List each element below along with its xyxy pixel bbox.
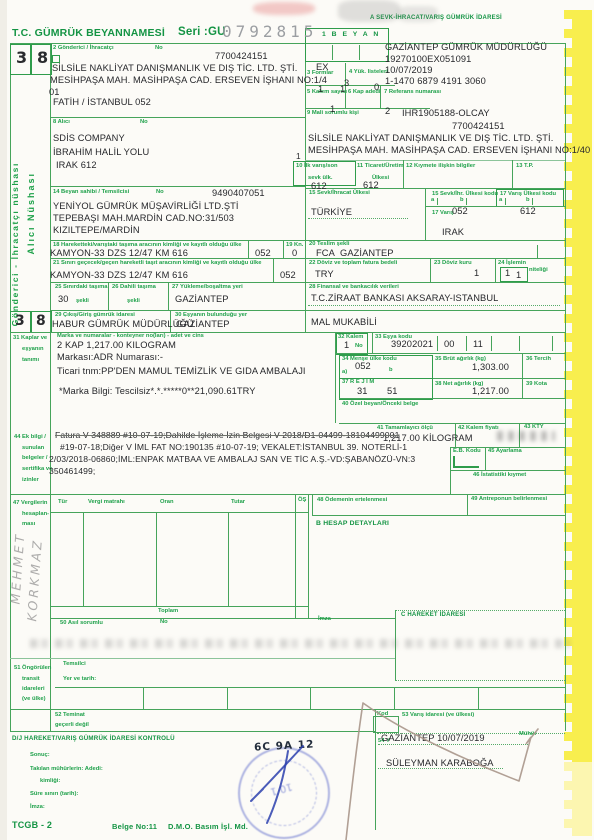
line bbox=[228, 512, 229, 606]
box34-a: a) bbox=[342, 369, 347, 376]
box42-label: 42 Kalem fiyatı bbox=[458, 425, 499, 432]
line bbox=[332, 45, 333, 60]
line bbox=[512, 160, 513, 188]
box50-imza-label: İmza bbox=[318, 616, 331, 623]
line bbox=[372, 333, 373, 353]
line bbox=[312, 494, 313, 515]
box40-label: 40 Özel beyan/Önceki belge bbox=[342, 401, 418, 408]
line bbox=[83, 512, 84, 606]
box21-label: 21 Sınırı geçecek/geçen hareketli taşıt … bbox=[53, 260, 261, 267]
box2-label: 2 Gönderici / İhracatçı bbox=[53, 45, 114, 52]
box54-place-date: GAZİANTEP 10/07/2019 bbox=[381, 733, 485, 744]
section-d-sure: Süre sınırı (tarih): bbox=[30, 791, 78, 798]
box10-value: 612 bbox=[311, 181, 327, 192]
copy-label-receiver: Alıcı Nüshası bbox=[26, 172, 36, 255]
box44-label2: sunulan bbox=[22, 445, 44, 452]
box8-label: 8 Alıcı bbox=[53, 119, 70, 126]
box26-label: 26 Dahili taşıma bbox=[112, 284, 156, 291]
line bbox=[108, 282, 109, 310]
footer-form-code: TCGB - 2 bbox=[12, 821, 52, 831]
red-ink-smudge bbox=[253, 2, 315, 15]
section-a-regno: 19270100EX051091 bbox=[385, 54, 471, 65]
box26-sub: şekli bbox=[127, 298, 140, 305]
box31-packages: 2 KAP 1,217.00 KILOGRAM bbox=[57, 340, 176, 351]
box32-label: 32 Kalem bbox=[338, 334, 363, 341]
line bbox=[50, 606, 308, 607]
round-customs-stamp: 10 1 bbox=[238, 747, 330, 839]
yellow-strip-lower-teeth bbox=[564, 762, 573, 836]
paper-left-edge bbox=[0, 0, 7, 840]
section-d-kimligi: kimliği: bbox=[40, 778, 60, 785]
line bbox=[335, 353, 565, 354]
line bbox=[519, 423, 520, 447]
box2-sender-city: FATİH / İSTANBUL 052 bbox=[53, 97, 151, 108]
box45-label: 45 Ayarlama bbox=[488, 448, 522, 455]
copy-label-sender: Gönderici - İhracatçı nüshası bbox=[10, 162, 20, 326]
section-d-title: D/J HAREKET/VARIŞ GÜMRÜK İDARESİ KONTROL… bbox=[12, 736, 175, 743]
section-a-date: 10/07/2019 bbox=[385, 65, 433, 76]
box20-value2: GAZİANTEP bbox=[340, 248, 394, 259]
box17ab-value: 612 bbox=[520, 206, 536, 217]
box9-v1: 1 bbox=[330, 104, 335, 115]
box46-label: 46 İstatistiki kıymet bbox=[473, 472, 526, 479]
line bbox=[308, 305, 560, 306]
box11-value: 612 bbox=[363, 180, 379, 191]
line bbox=[10, 43, 11, 731]
footer-printer: D.M.O. Basım İşl. Md. bbox=[168, 823, 248, 831]
box14-no-label: No bbox=[156, 189, 164, 196]
box3-value2: 1 bbox=[340, 84, 345, 95]
box2-checkbox bbox=[52, 55, 60, 63]
box17-label: 17 Varış bbox=[432, 210, 454, 217]
box2-sender-address: MESİHPAŞA MAH. MASİHPAŞA CAD. ERSEVEN İŞ… bbox=[50, 75, 327, 86]
line bbox=[295, 494, 296, 618]
box14-broker-address: TEPEBAŞI MAH.MARDİN CAD.NO:31/503 bbox=[53, 213, 234, 224]
box24-label2: niteliği bbox=[529, 267, 548, 274]
box34-b: b bbox=[389, 367, 393, 374]
box8-consignee-country: IRAK 612 bbox=[56, 160, 97, 171]
line bbox=[339, 398, 565, 399]
line bbox=[537, 245, 538, 258]
line bbox=[283, 240, 284, 258]
box1-value: EX bbox=[316, 62, 329, 73]
line bbox=[522, 353, 523, 398]
box32-value: 1 bbox=[344, 340, 349, 351]
line bbox=[10, 658, 395, 659]
box1-label: 1 B E Y A N bbox=[322, 31, 380, 38]
line bbox=[378, 744, 528, 745]
box25-sub: şekli bbox=[76, 298, 89, 305]
box15ab-b: b bbox=[460, 197, 464, 204]
box52-label: 52 Teminat bbox=[55, 712, 85, 719]
line bbox=[495, 258, 496, 282]
line bbox=[50, 512, 308, 513]
box47-label2: hesaplan- bbox=[22, 511, 49, 518]
page-title: T.C. GÜMRÜK BEYANNAMESİ bbox=[12, 28, 165, 40]
box30-label: 30 Eşyanın bulunduğu yer bbox=[175, 312, 247, 319]
box9-address: MESİHPAŞA MAH. MASİHPAŞA CAD. ERSEVEN İŞ… bbox=[308, 145, 590, 156]
box14-broker-name: YENİYOL GÜMRÜK MÜŞAVİRLİĞİ LTD.ŞTİ bbox=[53, 201, 239, 212]
box42-smudged-value bbox=[497, 431, 555, 441]
serial-number-stamp: 0792815 bbox=[222, 22, 317, 41]
line bbox=[50, 282, 565, 283]
box50-label: 50 Asıl sorumlu bbox=[60, 620, 103, 627]
box51-label2: transit bbox=[22, 676, 40, 683]
box47-header-oran: Oran bbox=[160, 499, 174, 506]
box7-label: 7 Referans numarası bbox=[384, 89, 441, 96]
box14-no: 9490407051 bbox=[212, 188, 265, 199]
line bbox=[425, 188, 426, 240]
box24-label: 24 İşlemin bbox=[498, 260, 526, 267]
line bbox=[10, 731, 375, 732]
line bbox=[248, 240, 249, 258]
box31-label2: eşyanın bbox=[22, 346, 44, 353]
line bbox=[395, 680, 565, 681]
line bbox=[395, 610, 396, 680]
line bbox=[394, 687, 395, 709]
box28-value: T.C.ZİRAAT BANKASI AKSARAY-ISTANBUL bbox=[311, 293, 498, 304]
line bbox=[227, 687, 228, 709]
line bbox=[308, 494, 309, 618]
box33-sub2: 11 bbox=[473, 339, 483, 350]
box2-no-label: No bbox=[155, 45, 163, 52]
copy-digit-8: 8 bbox=[37, 50, 48, 66]
line bbox=[395, 610, 565, 611]
box35-value: 1,303.00 bbox=[472, 362, 509, 373]
box32-no-label: No bbox=[355, 343, 363, 350]
box20-label: 20 Teslim şekli bbox=[309, 241, 350, 248]
box53-label: 53 Varış idaresi (ve ülkesi) bbox=[402, 712, 474, 719]
box38-value: 1,217.00 bbox=[472, 386, 509, 397]
box24-v2: 1 bbox=[516, 270, 521, 281]
box21-value: KAMYON-33 DZS 12/47 KM 616 bbox=[50, 270, 188, 281]
box23-value: 1 bbox=[474, 268, 479, 279]
box34-value: 052 bbox=[355, 361, 371, 372]
line bbox=[375, 709, 376, 830]
box3-value: 1 bbox=[318, 84, 323, 95]
box18-value: KAMYON-33 DZS 12/47 KM 616 bbox=[50, 248, 188, 259]
box54-declarant-name: SÜLEYMAN KARABOĞA bbox=[386, 758, 494, 769]
box39-label: 39 Kota bbox=[526, 381, 547, 388]
box49-label: 49 Antreponun belirlenmesi bbox=[471, 496, 547, 503]
section-c-label: C HAREKET İDARESİ bbox=[401, 612, 465, 619]
box44-doc-line2: #19-07-18;Diğer V İML FAT NO:190135 #10-… bbox=[60, 443, 407, 453]
line bbox=[430, 258, 431, 282]
box44-doc-line1: Fatura V 348889 #10-07-19;Dahilde İşleme… bbox=[55, 431, 399, 441]
box17ab-a: a bbox=[499, 197, 502, 204]
box50-no-label: No bbox=[160, 619, 168, 626]
line bbox=[491, 336, 492, 351]
line bbox=[359, 45, 360, 60]
yellow-perforated-strip bbox=[572, 10, 592, 762]
box44-doc-line4: 350461499; bbox=[49, 467, 95, 477]
box24-v1: 1 bbox=[505, 268, 510, 279]
handwritten-seal-code: 6C 9A 12 bbox=[254, 738, 315, 753]
box11-label: 11 Ticaret/Üretim bbox=[357, 163, 404, 170]
line bbox=[519, 336, 520, 351]
section-d-muhur-label: Mühür bbox=[519, 731, 537, 738]
line bbox=[308, 218, 408, 219]
box9-tax-no: 7700424151 bbox=[452, 121, 505, 132]
line bbox=[10, 494, 565, 495]
box8-consignee-name: SDİS COMPANY bbox=[53, 133, 125, 144]
box10-label: 10 İlk varış/son bbox=[296, 163, 338, 170]
box30-value: GAZİANTEP bbox=[176, 319, 230, 330]
box19-value: 0 bbox=[292, 248, 297, 259]
box17-value: IRAK bbox=[442, 227, 464, 238]
box27-value: GAZİANTEP bbox=[175, 294, 229, 305]
box47-header-matrah: Vergi matrahı bbox=[88, 499, 125, 506]
box22-label: 22 Döviz ve toplam fatura bedeli bbox=[309, 260, 397, 267]
box44-label5: izinler bbox=[22, 477, 39, 484]
box2-sender-name: SİLSİLE NAKLİYAT DANIŞMANLIK VE DIŞ TİC.… bbox=[52, 63, 297, 74]
box28-payment-terms: MAL MUKABİLİ bbox=[311, 317, 377, 328]
box29-label: 29 Çıkış/Giriş gümrük idaresi bbox=[55, 312, 135, 319]
box17ab-b: b bbox=[526, 197, 530, 204]
line bbox=[50, 43, 51, 731]
box37-label: 37 R E J İ M bbox=[342, 379, 374, 386]
line bbox=[168, 282, 169, 310]
box52-label2: geçerli değil bbox=[55, 722, 89, 729]
box9-name: SİLSİLE NAKLİYAT DANIŞMANLIK VE DIŞ TİC.… bbox=[308, 133, 553, 144]
line bbox=[466, 198, 467, 205]
box36-label: 36 Tercih bbox=[526, 356, 551, 363]
line bbox=[466, 336, 467, 351]
line bbox=[505, 198, 506, 205]
line bbox=[552, 336, 553, 351]
section-a-label: A SEVK-İHRACAT/VARIŞ GÜMRÜK İDARESİ bbox=[370, 15, 502, 22]
box47-label3: ması bbox=[22, 521, 35, 528]
box15ab-label: 15 Sevk/İhr. Ülkesi kodu bbox=[432, 191, 498, 198]
faint-stamp-band bbox=[30, 639, 570, 648]
line bbox=[143, 687, 144, 709]
box47-header-os: ÖŞ bbox=[298, 497, 306, 504]
box48-label: 48 Ödemenin ertelenmesi bbox=[317, 497, 387, 504]
box8-consignee-address: İBRAHİM HALİL YOLU bbox=[53, 147, 149, 158]
box6-value: 0 bbox=[374, 82, 379, 93]
box21-code: 052 bbox=[280, 270, 296, 281]
section-a-office: GAZİANTEP GÜMRÜK MÜDÜRLÜĞÜ bbox=[385, 42, 547, 53]
box15-value: TÜRKİYE bbox=[311, 207, 352, 218]
copy-digit-8b: 8 bbox=[36, 314, 46, 328]
box14-label: 14 Beyan sahibi / Temsilcisi bbox=[53, 189, 129, 196]
box31-label1: 31 Kaplar ve bbox=[13, 335, 47, 342]
box28-label: 28 Finansal ve bankacılık verileri bbox=[309, 284, 399, 291]
box2-tax-no: 7700424151 bbox=[215, 51, 268, 62]
line bbox=[478, 687, 479, 709]
box33-sub1: 00 bbox=[444, 339, 455, 350]
line bbox=[425, 206, 565, 207]
line bbox=[50, 186, 305, 187]
box45-eb-label: E.B. Kodu bbox=[453, 448, 481, 455]
line bbox=[50, 310, 565, 311]
box31-brand-info: *Marka Bilgi: Tescilsiz*.*.*****0**21,09… bbox=[59, 386, 256, 397]
copy-digit-3: 3 bbox=[16, 50, 27, 66]
box37-regime1: 31 bbox=[357, 386, 368, 397]
box15ab-value: 052 bbox=[452, 206, 468, 217]
handwritten-name-line2: KORKMAZ bbox=[24, 538, 45, 622]
line bbox=[312, 515, 565, 516]
box8-no-label: No bbox=[140, 119, 148, 126]
line bbox=[485, 447, 486, 470]
line bbox=[156, 512, 157, 606]
box51-label4: (ve ülke) bbox=[22, 696, 46, 703]
footer-belge-no: Belge No:11 bbox=[112, 823, 157, 831]
box44-label1: 44 Ek bilgi / bbox=[14, 434, 46, 441]
box31-label3: tanımı bbox=[22, 357, 39, 364]
box51-label3: idareleri bbox=[22, 686, 45, 693]
box52-kod-frame bbox=[373, 716, 399, 733]
box25-value: 30 bbox=[58, 294, 69, 305]
line bbox=[50, 117, 305, 118]
box47-header-tur: Tür bbox=[58, 499, 67, 506]
section-a-code: 1-1470 6879 4191 3060 bbox=[385, 76, 486, 87]
line bbox=[10, 709, 565, 710]
box25-label: 25 Sınırdaki taşıma bbox=[55, 284, 108, 291]
line bbox=[310, 687, 311, 709]
line bbox=[467, 494, 468, 515]
box14-broker-city: KIZILTEPE/MARDİN bbox=[53, 225, 140, 236]
box47-total-label: Toplam bbox=[158, 608, 178, 615]
box13-label: 13 T.P. bbox=[516, 163, 533, 170]
line bbox=[532, 198, 533, 205]
box31-description: Ticari tnm:PP'DEN MAMUL TEMİZLİK VE GIDA… bbox=[57, 366, 306, 377]
box22-value: TRY bbox=[315, 269, 334, 280]
section-d-imza: İmza: bbox=[30, 804, 45, 811]
box47-label1: 47 Vergilerin bbox=[13, 500, 47, 507]
box23-label: 23 Döviz kuru bbox=[434, 260, 472, 267]
box27-label: 27 Yükleme/boşaltma yeri bbox=[172, 284, 243, 291]
box51-yer-label: Yer ve tarih: bbox=[63, 676, 96, 683]
line bbox=[450, 470, 565, 471]
box4-label: 4 Yük. listeleri bbox=[349, 69, 388, 76]
line bbox=[273, 258, 274, 282]
box20-value1: FCA bbox=[316, 248, 335, 259]
box51-temsilci-label: Temsilci bbox=[63, 661, 86, 668]
copy-digit-3b: 3 bbox=[15, 314, 25, 328]
box18-code: 052 bbox=[255, 248, 271, 259]
signature-ink-overlay bbox=[0, 0, 594, 840]
line bbox=[437, 336, 438, 351]
box31-sub-label: Marka ve numaralar - konteyner no(ları) … bbox=[57, 333, 204, 340]
box10-stray: 1 bbox=[296, 152, 301, 162]
box12-label: 12 Kıymete ilişkin bilgiler bbox=[406, 163, 475, 170]
yellow-strip-lower bbox=[572, 762, 592, 836]
box52-kod-label: Kod bbox=[377, 711, 388, 718]
box9-v2: 2 bbox=[385, 106, 390, 117]
box9-ref: IHR1905188-OLCAY bbox=[402, 108, 490, 119]
line bbox=[50, 618, 395, 619]
box15ab-a: a bbox=[431, 197, 434, 204]
box47-header-tutar: Tutar bbox=[231, 499, 245, 506]
section-d-sonuc: Sonuç: bbox=[30, 752, 50, 759]
serial-prefix: Seri :GU bbox=[178, 26, 226, 39]
box51-label1: 51 Öngörülen bbox=[14, 665, 51, 672]
line bbox=[437, 198, 438, 205]
line bbox=[453, 466, 479, 468]
box44-doc-line3: 2/03/2018-06860;İML:ENPAK MATBAA VE AMBA… bbox=[49, 455, 415, 465]
box31-marks: Markası:ADR Numarası:- bbox=[57, 352, 163, 363]
box43-label: 43 KTY bbox=[524, 424, 544, 431]
section-b-label: B HESAP DETAYLARI bbox=[316, 520, 389, 527]
box44-label3: belgeler / bbox=[22, 455, 47, 462]
customs-declaration-sheet: T.C. GÜMRÜK BEYANNAMESİ Seri :GU 0792815… bbox=[0, 0, 594, 840]
box33-hs-code: 39202021 bbox=[391, 339, 433, 350]
box37-regime2: 51 bbox=[387, 386, 398, 397]
box44-label4: sertifika ve bbox=[22, 466, 52, 473]
line bbox=[50, 240, 565, 241]
section-d-muhurler: Takılan mühürlerin: Adedi: bbox=[30, 766, 103, 773]
box29-value: HABUR GÜMRÜK MÜDÜRLÜĞÜ bbox=[52, 319, 194, 330]
